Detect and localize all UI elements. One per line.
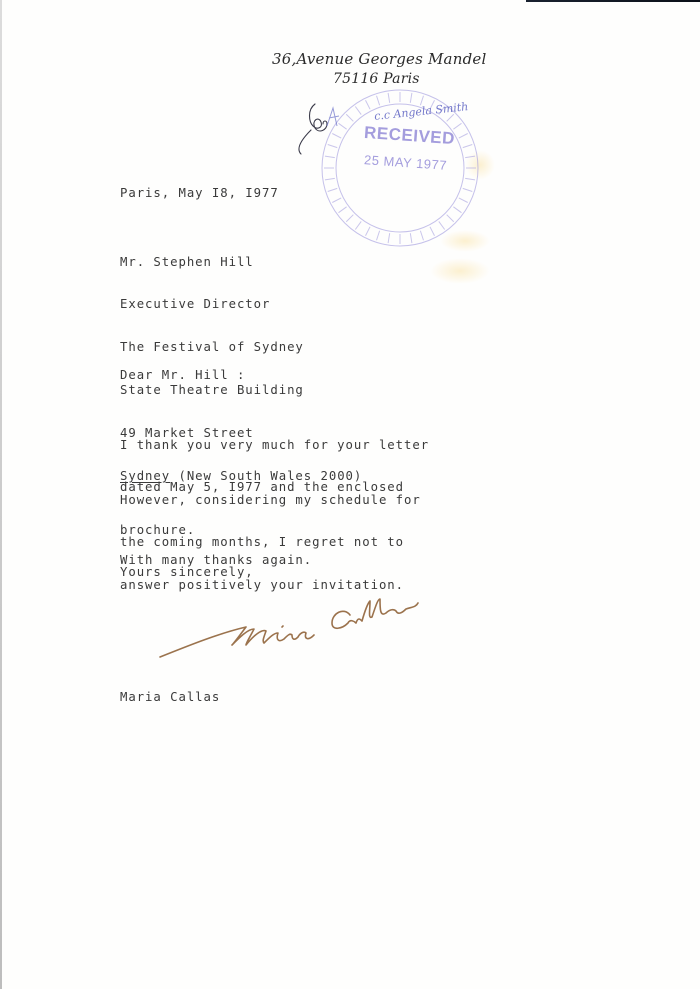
- handwritten-signature-icon: [150, 585, 440, 665]
- closing: Yours sincerely,: [120, 565, 254, 579]
- recipient-building: State Theatre Building: [120, 383, 362, 397]
- letter-page: 36,Avenue Georges Mandel 75116 Paris REC…: [0, 0, 700, 989]
- handwritten-initials-icon: [293, 100, 353, 160]
- paper-stain: [430, 258, 490, 284]
- letterhead-city: 75116 Paris: [333, 71, 420, 87]
- place-date: Paris, May I8, I977: [120, 186, 279, 200]
- recipient-name: Mr. Stephen Hill: [120, 255, 362, 269]
- paragraph-line: However, considering my schedule for: [120, 493, 421, 507]
- recipient-title: Executive Director: [120, 297, 362, 311]
- scan-edge-left: [0, 0, 2, 989]
- scan-edge-top: [526, 0, 700, 2]
- signatory-name: Maria Callas: [120, 690, 220, 704]
- letterhead-street: 36,Avenue Georges Mandel: [272, 50, 486, 68]
- recipient-organization: The Festival of Sydney: [120, 340, 362, 354]
- paragraph-line: I thank you very much for your letter: [120, 438, 429, 452]
- salutation: Dear Mr. Hill :: [120, 368, 245, 382]
